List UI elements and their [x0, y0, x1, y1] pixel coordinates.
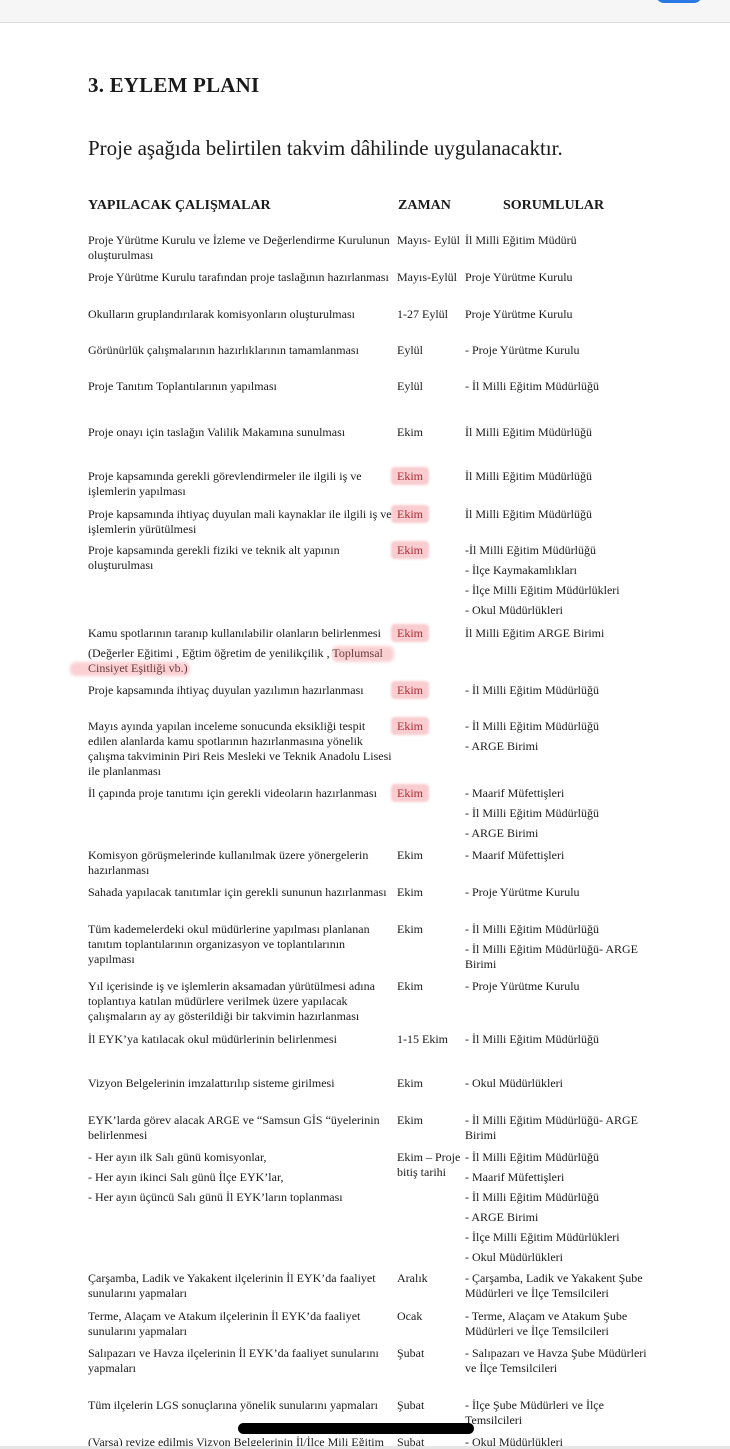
time-text: Ekim: [397, 922, 423, 936]
responsible-item: İl Milli Eğitim Müdürlüğü: [465, 507, 655, 522]
responsible-cell: - Terme, Alaçam ve Atakum Şube Müdürleri…: [465, 1309, 655, 1344]
task-text: Proje kapsamında ihtiyaç duyulan yazılım…: [88, 683, 364, 697]
responsible-item: - Okul Müdürlükleri: [465, 1250, 655, 1265]
responsible-item: - Proje Yürütme Kurulu: [465, 979, 655, 994]
task-text: EYK’larda görev alacak ARGE ve “Samsun G…: [88, 1113, 380, 1142]
task-text: Mayıs ayında yapılan inceleme sonucunda …: [88, 719, 392, 778]
responsible-cell: - Çarşamba, Ladik ve Yakakent Şube Müdür…: [465, 1271, 655, 1306]
column-header-time: ZAMAN: [398, 198, 451, 214]
time-text: Eylül: [397, 343, 423, 357]
responsible-item: - İlçe Milli Eğitim Müdürlükleri: [465, 1230, 655, 1245]
responsible-cell: - İl Milli Eğitim Müdürlüğü: [465, 683, 655, 703]
task-cell: Terme, Alaçam ve Atakum ilçelerinin İl E…: [88, 1309, 393, 1339]
time-cell: 1-27 Eylül: [397, 307, 463, 322]
time-cell: Şubat: [397, 1346, 463, 1361]
responsible-cell: - Okul Müdürlükleri: [465, 1076, 655, 1096]
responsible-cell: - İl Milli Eğitim Müdürlüğü- Maarif Müfe…: [465, 1150, 655, 1270]
task-text: Terme, Alaçam ve Atakum ilçelerinin İl E…: [88, 1309, 360, 1338]
responsible-cell: İl Milli Eğitim ARGE Birimi: [465, 626, 655, 646]
task-text: Proje Tanıtım Toplantılarının yapılması: [88, 379, 277, 393]
task-text: Proje kapsamında ihtiyaç duyulan mali ka…: [88, 507, 392, 536]
time-text: 1-15 Ekim: [397, 1032, 448, 1046]
highlighted-time: Ekim: [397, 507, 423, 521]
task-text: Tüm ilçelerin LGS sonuçlarına yönelik su…: [88, 1398, 378, 1412]
section-heading: 3. EYLEM PLANI: [88, 73, 259, 98]
responsible-item: Proje Yürütme Kurulu: [465, 270, 655, 285]
responsible-cell: -İl Milli Eğitim Müdürlüğü- İlçe Kaymaka…: [465, 543, 655, 623]
responsible-item: - İl Milli Eğitim Müdürlüğü- ARGE Birimi: [465, 1113, 655, 1143]
responsible-cell: Proje Yürütme Kurulu: [465, 270, 655, 290]
time-cell: Ekim: [397, 683, 463, 698]
time-text: Şubat: [397, 1398, 424, 1412]
task-cell: Proje Yürütme Kurulu ve İzleme ve Değerl…: [88, 233, 393, 263]
time-text: Ekim – Proje bitiş tarihi: [397, 1150, 460, 1179]
responsible-cell: - Maarif Müfettişleri- İl Milli Eğitim M…: [465, 786, 655, 846]
task-text: Proje kapsamında gerekli fiziki ve tekni…: [88, 543, 340, 572]
responsible-cell: - İl Milli Eğitim Müdürlüğü- İl Milli Eğ…: [465, 922, 655, 977]
responsible-item: - İl Milli Eğitim Müdürlüğü: [465, 806, 655, 821]
task-cell: Komisyon görüşmelerinde kullanılmak üzer…: [88, 848, 393, 878]
task-text: Komisyon görüşmelerinde kullanılmak üzer…: [88, 848, 368, 877]
task-cell: Proje kapsamında ihtiyaç duyulan yazılım…: [88, 683, 393, 698]
time-cell: Ekim: [397, 848, 463, 863]
task-cell: Mayıs ayında yapılan inceleme sonucunda …: [88, 719, 393, 779]
responsible-item: - ARGE Birimi: [465, 739, 655, 754]
responsible-cell: - İl Milli Eğitim Müdürlüğü- ARGE Birimi: [465, 1113, 655, 1148]
time-text: 1-27 Eylül: [397, 307, 448, 321]
time-cell: Aralık: [397, 1271, 463, 1286]
responsible-item: - İl Milli Eğitim Müdürlüğü: [465, 379, 655, 394]
task-cell: Proje onayı için taslağın Valilik Makamı…: [88, 425, 393, 440]
responsible-item: - İl Milli Eğitim Müdürlüğü: [465, 683, 655, 698]
responsible-item: İl Milli Eğitim Müdürlüğü: [465, 425, 655, 440]
viewer-top-bar: [0, 0, 730, 23]
time-cell: Ekim: [397, 979, 463, 994]
responsible-item: - Maarif Müfettişleri: [465, 786, 655, 801]
responsible-item: - İl Milli Eğitim Müdürlüğü: [465, 1032, 655, 1047]
task-text: İl çapında proje tanıtımı için gerekli v…: [88, 786, 377, 800]
task-text: Proje kapsamında gerekli görevlendirmele…: [88, 469, 362, 498]
task-cell: İl çapında proje tanıtımı için gerekli v…: [88, 786, 393, 801]
highlighted-time: Ekim: [397, 543, 423, 557]
responsible-item: - Okul Müdürlükleri: [465, 603, 655, 618]
task-cell: İl EYK’ya katılacak okul müdürlerinin be…: [88, 1032, 393, 1047]
responsible-item: - Maarif Müfettişleri: [465, 1170, 655, 1185]
responsible-item: - İlçe Milli Eğitim Müdürlükleri: [465, 583, 655, 598]
time-cell: Ekim: [397, 922, 463, 937]
responsible-cell: - Maarif Müfettişleri: [465, 848, 655, 868]
task-cell: Sahada yapılacak tanıtımlar için gerekli…: [88, 885, 393, 900]
time-cell: Mayıs- Eylül: [397, 233, 463, 248]
task-text: Proje Yürütme Kurulu ve İzleme ve Değerl…: [88, 233, 390, 262]
responsible-item: - İl Milli Eğitim Müdürlüğü: [465, 1150, 655, 1165]
time-cell: Eylül: [397, 379, 463, 394]
task-text: Salıpazarı ve Havza ilçelerinin İl EYK’d…: [88, 1346, 379, 1375]
responsible-item: - İlçe Kaymakamlıkları: [465, 563, 655, 578]
time-cell: Ekim: [397, 626, 463, 641]
time-cell: Mayıs-Eylül: [397, 270, 463, 285]
time-cell: Ekim: [397, 885, 463, 900]
responsible-item: - Terme, Alaçam ve Atakum Şube Müdürleri…: [465, 1309, 655, 1339]
time-cell: Ekim: [397, 1076, 463, 1091]
task-cell: Salıpazarı ve Havza ilçelerinin İl EYK’d…: [88, 1346, 393, 1376]
responsible-cell: - Proje Yürütme Kurulu: [465, 979, 655, 999]
time-cell: Şubat: [397, 1398, 463, 1413]
task-cell: Çarşamba, Ladik ve Yakakent ilçelerinin …: [88, 1271, 393, 1301]
responsible-cell: - İl Milli Eğitim Müdürlüğü: [465, 1032, 655, 1052]
responsible-item: - İl Milli Eğitim Müdürlüğü: [465, 1190, 655, 1205]
task-text: Sahada yapılacak tanıtımlar için gerekli…: [88, 885, 387, 899]
responsible-cell: - İl Milli Eğitim Müdürlüğü- ARGE Birimi: [465, 719, 655, 759]
responsible-cell: İl Milli Eğitim Müdürlüğü: [465, 469, 655, 489]
responsible-item: - Okul Müdürlükleri: [465, 1076, 655, 1091]
task-cell: EYK’larda görev alacak ARGE ve “Samsun G…: [88, 1113, 393, 1143]
responsible-cell: - İlçe Şube Müdürleri ve İlçe Temsilcile…: [465, 1398, 655, 1433]
highlighted-time: Ekim: [397, 719, 423, 733]
task-text: Tüm kademelerdeki okul müdürlerine yapıl…: [88, 922, 370, 966]
task-cell: Proje Tanıtım Toplantılarının yapılması: [88, 379, 393, 394]
task-cell: - Her ayın ilk Salı günü komisyonlar,- H…: [88, 1150, 393, 1210]
time-cell: Ekim: [397, 786, 463, 801]
highlighted-time: Ekim: [397, 469, 423, 483]
task-cell: Vizyon Belgelerinin imzalattırılıp siste…: [88, 1076, 393, 1091]
task-cell: Okulların gruplandırılarak komisyonların…: [88, 307, 393, 322]
responsible-item: - ARGE Birimi: [465, 826, 655, 841]
responsible-cell: Proje Yürütme Kurulu: [465, 307, 655, 327]
responsible-item: - Maarif Müfettişleri: [465, 848, 655, 863]
done-button[interactable]: [656, 0, 702, 3]
task-cell: Proje kapsamında gerekli fiziki ve tekni…: [88, 543, 393, 573]
time-text: Ekim: [397, 848, 423, 862]
responsible-cell: İl Milli Eğitim Müdürlüğü: [465, 507, 655, 527]
time-cell: Ekim – Proje bitiş tarihi: [397, 1150, 463, 1180]
time-text: Aralık: [397, 1271, 428, 1285]
time-text: Mayıs- Eylül: [397, 233, 460, 247]
task-text: Okulların gruplandırılarak komisyonların…: [88, 307, 355, 321]
time-text: Ekim: [397, 1076, 423, 1090]
responsible-item: - İl Milli Eğitim Müdürlüğü: [465, 719, 655, 734]
responsible-cell: - Proje Yürütme Kurulu: [465, 343, 655, 363]
responsible-item: İl Milli Eğitim Müdürlüğü: [465, 469, 655, 484]
highlighted-time: Ekim: [397, 683, 423, 697]
task-cell: Tüm ilçelerin LGS sonuçlarına yönelik su…: [88, 1398, 393, 1413]
time-text: Ekim: [397, 885, 423, 899]
time-cell: 1-15 Ekim: [397, 1032, 463, 1047]
time-text: Eylül: [397, 379, 423, 393]
highlighted-time: Ekim: [397, 626, 423, 640]
intro-text: Proje aşağıda belirtilen takvim dâhilind…: [88, 136, 563, 161]
task-line: - Her ayın ikinci Salı günü İlçe EYK’lar…: [88, 1170, 393, 1185]
task-cell: Proje Yürütme Kurulu tarafından proje ta…: [88, 270, 393, 285]
task-line: - Her ayın üçüncü Salı günü İl EYK’ların…: [88, 1190, 393, 1205]
responsible-cell: İl Milli Eğitim Müdürlüğü: [465, 425, 655, 445]
time-cell: Ekim: [397, 1113, 463, 1128]
responsible-item: Proje Yürütme Kurulu: [465, 307, 655, 322]
responsible-item: İl Milli Eğitim ARGE Birimi: [465, 626, 655, 641]
time-cell: Ekim: [397, 719, 463, 734]
highlighted-time: Ekim: [397, 786, 423, 800]
task-cell: Görünürlük çalışmalarının hazırlıklarını…: [88, 343, 393, 358]
task-text: Görünürlük çalışmalarının hazırlıklarını…: [88, 343, 359, 357]
time-text: Ekim: [397, 425, 423, 439]
responsible-item: - Proje Yürütme Kurulu: [465, 343, 655, 358]
time-cell: Ekim: [397, 543, 463, 558]
time-cell: Ekim: [397, 425, 463, 440]
responsible-item: - İl Milli Eğitim Müdürlüğü: [465, 922, 655, 937]
responsible-item: - ARGE Birimi: [465, 1210, 655, 1225]
time-cell: Ekim: [397, 469, 463, 484]
task-text: Proje onayı için taslağın Valilik Makamı…: [88, 425, 345, 439]
responsible-cell: İl Milli Eğitim Müdürü: [465, 233, 655, 253]
time-text: Ekim: [397, 979, 423, 993]
task-cell: Tüm kademelerdeki okul müdürlerine yapıl…: [88, 922, 393, 967]
home-indicator[interactable]: [238, 1423, 474, 1434]
responsible-item: - Çarşamba, Ladik ve Yakakent Şube Müdür…: [465, 1271, 655, 1301]
task-cell: Proje kapsamında ihtiyaç duyulan mali ka…: [88, 507, 393, 537]
time-text: Ekim: [397, 1113, 423, 1127]
highlight-mark: [70, 644, 395, 678]
task-text: Yıl içerisinde iş ve işlemlerin aksamada…: [88, 979, 375, 1023]
task-line: - Her ayın ilk Salı günü komisyonlar,: [88, 1150, 393, 1165]
responsible-item: - Salıpazarı ve Havza Şube Müdürleri ve …: [465, 1346, 655, 1376]
responsible-item: - İlçe Şube Müdürleri ve İlçe Temsilcile…: [465, 1398, 655, 1428]
column-header-responsible: SORUMLULAR: [503, 198, 604, 214]
responsible-item: - İl Milli Eğitim Müdürlüğü- ARGE Birimi: [465, 942, 655, 972]
task-text: Çarşamba, Ladik ve Yakakent ilçelerinin …: [88, 1271, 376, 1300]
task-text: Proje Yürütme Kurulu tarafından proje ta…: [88, 270, 389, 284]
task-text: Vizyon Belgelerinin imzalattırılıp siste…: [88, 1076, 335, 1090]
task-cell: Proje kapsamında gerekli görevlendirmele…: [88, 469, 393, 499]
time-cell: Eylül: [397, 343, 463, 358]
responsible-cell: - Proje Yürütme Kurulu: [465, 885, 655, 905]
responsible-item: -İl Milli Eğitim Müdürlüğü: [465, 543, 655, 558]
responsible-item: - Proje Yürütme Kurulu: [465, 885, 655, 900]
task-text: İl EYK’ya katılacak okul müdürlerinin be…: [88, 1032, 337, 1046]
task-text: Kamu spotlarının taranıp kullanılabilir …: [88, 626, 381, 640]
time-text: Ocak: [397, 1309, 422, 1323]
column-header-task: YAPILACAK ÇALIŞMALAR: [88, 198, 271, 214]
responsible-cell: - İl Milli Eğitim Müdürlüğü: [465, 379, 655, 399]
time-text: Şubat: [397, 1346, 424, 1360]
task-cell: Yıl içerisinde iş ve işlemlerin aksamada…: [88, 979, 393, 1024]
time-cell: Ekim: [397, 507, 463, 522]
responsible-item: İl Milli Eğitim Müdürü: [465, 233, 655, 248]
time-cell: Ocak: [397, 1309, 463, 1324]
responsible-cell: - Salıpazarı ve Havza Şube Müdürleri ve …: [465, 1346, 655, 1381]
time-text: Mayıs-Eylül: [397, 270, 457, 284]
